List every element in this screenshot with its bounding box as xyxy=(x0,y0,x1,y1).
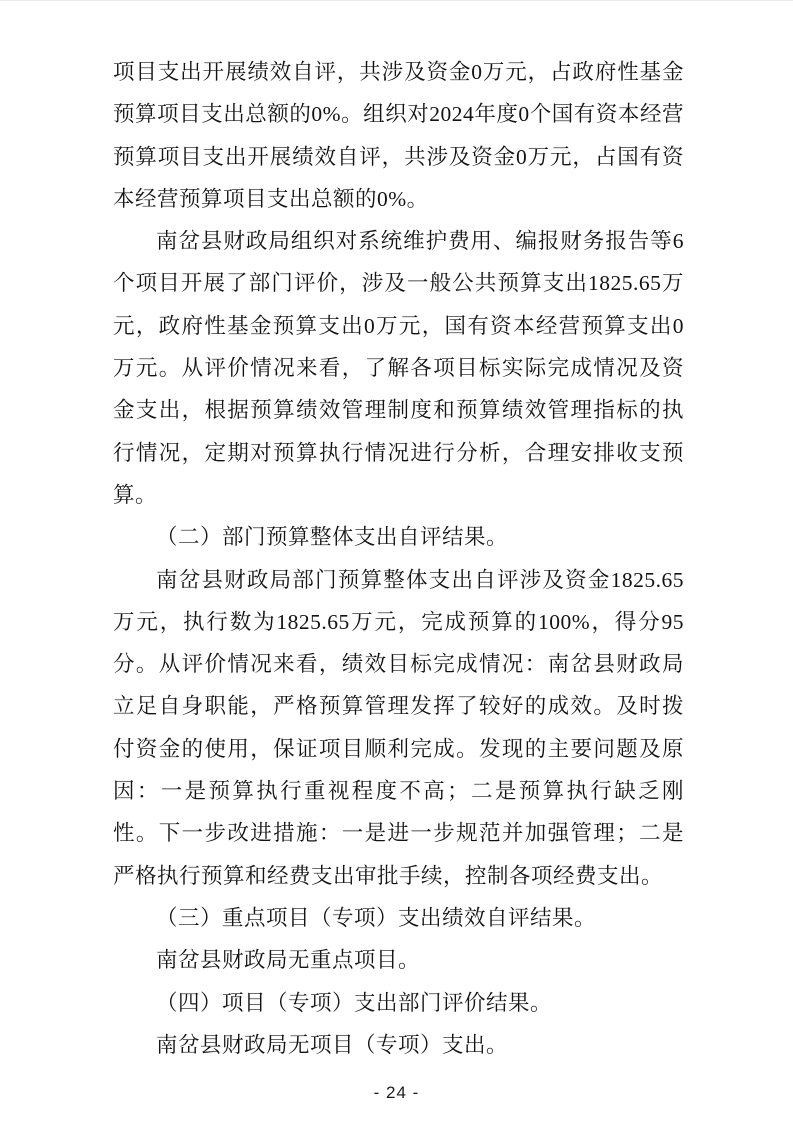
section-heading: （三）重点项目（专项）支出绩效自评结果。 xyxy=(113,897,684,939)
paragraph: 南岔县财政局组织对系统维护费用、编报财务报告等6个项目开展了部门评价，涉及一般公… xyxy=(113,220,684,516)
section-heading: （四）项目（专项）支出部门评价结果。 xyxy=(113,982,684,1024)
page-number: - 24 - xyxy=(374,1083,420,1102)
paragraph: 南岔县财政局部门预算整体支出自评涉及资金1825.65万元，执行数为1825.6… xyxy=(113,559,684,897)
paragraph: 项目支出开展绩效自评，共涉及资金0万元，占政府性基金预算项目支出总额的0%。组织… xyxy=(113,51,684,220)
document-body: 项目支出开展绩效自评，共涉及资金0万元，占政府性基金预算项目支出总额的0%。组织… xyxy=(113,51,684,1066)
page-footer: - 24 - xyxy=(0,1083,793,1103)
document-page: 项目支出开展绩效自评，共涉及资金0万元，占政府性基金预算项目支出总额的0%。组织… xyxy=(0,0,793,1123)
paragraph: 南岔县财政局无项目（专项）支出。 xyxy=(113,1024,684,1066)
section-heading: （二）部门预算整体支出自评结果。 xyxy=(113,516,684,558)
paragraph: 南岔县财政局无重点项目。 xyxy=(113,939,684,981)
